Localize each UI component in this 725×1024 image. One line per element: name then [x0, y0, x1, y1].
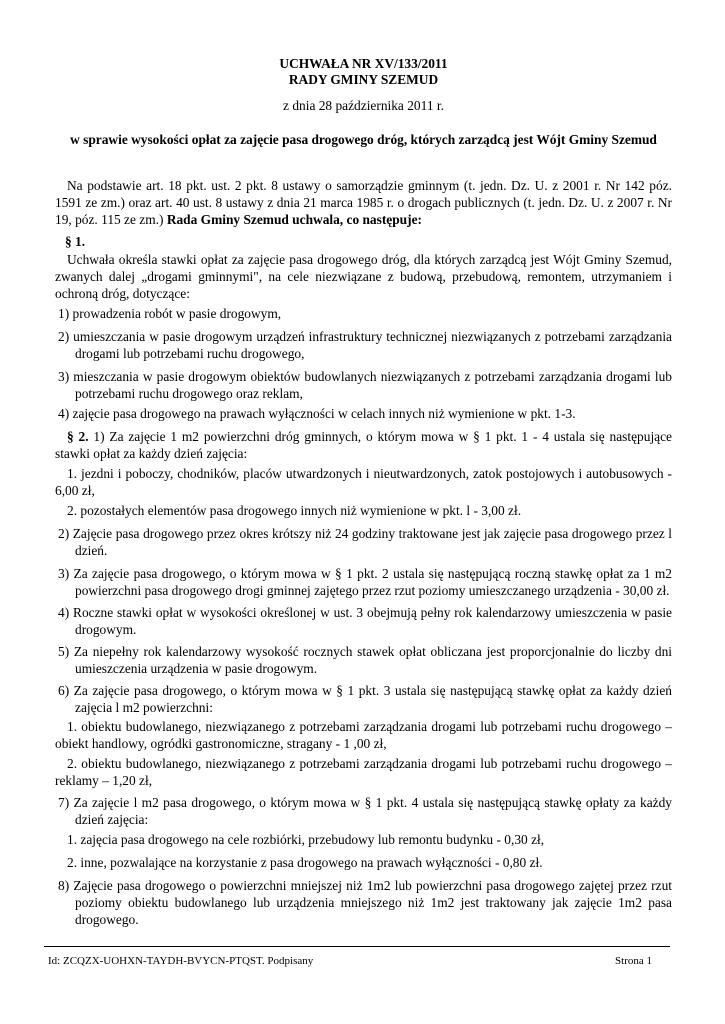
section-2-point-7: 7) Za zajęcie l m2 pasa drogowego, o któ…: [55, 795, 672, 829]
section-2-point-1: § 2. 1) Za zajęcie 1 m2 powierzchni dróg…: [55, 429, 672, 463]
preamble: Na podstawie art. 18 pkt. ust. 2 pkt. 8 …: [55, 178, 672, 228]
section-2-point-7-sub-2: 2. inne, pozwalające na korzystanie z pa…: [55, 855, 672, 872]
section-2-point-5: 5) Za niepełny rok kalendarzowy wysokość…: [55, 644, 672, 678]
section-2-point-7-sub-1: 1. zajęcia pasa drogowego na cele rozbió…: [55, 832, 672, 849]
page-number: Strona 1: [615, 954, 652, 968]
section-2-point-6-sub-2: 2. obiektu budowlanego, niezwiązanego z …: [55, 756, 672, 790]
resolution-date: z dnia 28 października 2011 r.: [55, 98, 672, 115]
section-2-point-6-sub-1: 1. obiektu budowlanego, niezwiązanego z …: [55, 719, 672, 753]
section-1-text: Uchwała określa stawki opłat za zajęcie …: [55, 252, 672, 302]
section-1-item-1: 1) prowadzenia robót w pasie drogowym,: [55, 306, 672, 323]
section-2-heading: § 2.: [67, 429, 89, 444]
section-2-point-1-text: 1) Za zajęcie 1 m2 powierzchni dróg gmin…: [55, 429, 672, 461]
resolution-subject: w sprawie wysokości opłat za zajęcie pas…: [30, 132, 697, 149]
section-1-item-3: 3) mieszczania w pasie drogowym obiektów…: [55, 369, 672, 403]
council-name: RADY GMINY SZEMUD: [55, 72, 672, 89]
document-id: Id: ZCQZX-UOHXN-TAYDH-BVYCN-PTQST. Podpi…: [48, 954, 313, 968]
section-1-heading: § 1.: [65, 234, 682, 251]
section-2-point-2: 2) Zajęcie pasa drogowego przez okres kr…: [55, 526, 672, 560]
preamble-bold: Rada Gminy Szemud uchwala, co następuje:: [167, 212, 422, 227]
section-2-point-1-sub-2: 2. pozostałych elementów pasa drogowego …: [55, 503, 672, 520]
section-2-point-6: 6) Za zajęcie pasa drogowego, o którym m…: [55, 683, 672, 717]
section-1-item-2: 2) umieszczania w pasie drogowym urządze…: [55, 329, 672, 363]
section-1-item-4: 4) zajęcie pasa drogowego na prawach wył…: [55, 406, 672, 423]
resolution-number: UCHWAŁA NR XV/133/2011: [55, 56, 672, 73]
section-2-point-8: 8) Zajęcie pasa drogowego o powierzchni …: [55, 878, 672, 928]
footer-divider: [44, 946, 670, 947]
section-2-point-4: 4) Roczne stawki opłat w wysokości okreś…: [55, 605, 672, 639]
section-2-point-3: 3) Za zajęcie pasa drogowego, o którym m…: [55, 566, 672, 600]
section-2-point-1-sub-1: 1. jezdni i poboczy, chodników, placów u…: [55, 466, 672, 500]
